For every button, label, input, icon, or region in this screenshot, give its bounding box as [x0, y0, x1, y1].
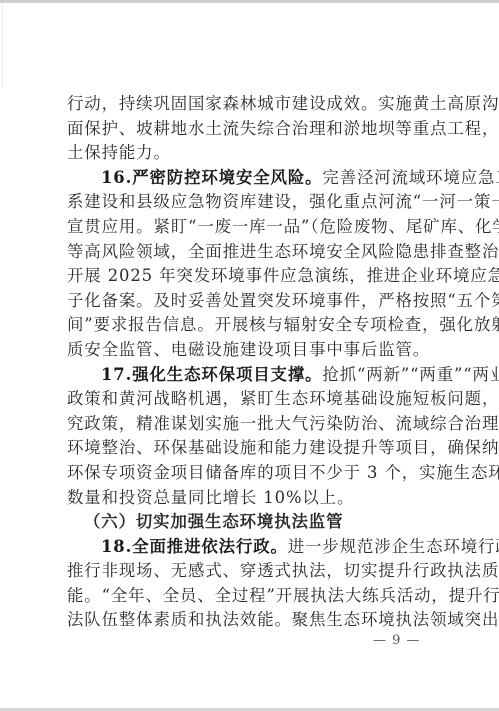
text-line: 面保护、坡耕地水土流失综合治理和淤地坝等重点工程，提升水: [67, 117, 433, 142]
text-line: 子化备案。及时妥善处置突发环境事件，严格按照“五个第一时: [67, 289, 433, 314]
paragraph-17-first-line: 17.强化生态环保项目支撑。抢抓“两新”“两重”“两业”: [67, 363, 433, 388]
item-18-heading: 18.全面推进依法行政。: [101, 537, 288, 556]
left-page-edge: [2, 3, 3, 88]
text-line: 环保专项资金项目储备库的项目不少于 3 个，实施生态环保项目: [67, 461, 433, 486]
section-heading: （六）切实加强生态环境执法监管: [67, 510, 433, 535]
text-line: 法队伍整体素质和执法效能。聚焦生态环境执法领域突出问题，: [67, 608, 433, 633]
document-page-body: 行动，持续巩固国家森林城市建设成效。实施黄土高原沟壑区塬 面保护、坡耕地水土流失…: [67, 92, 433, 633]
text-line: 究政策，精准谋划实施一批大气污染防治、流域综合治理、农村: [67, 412, 433, 437]
item-16-heading: 16.严密防控环境安全风险。: [101, 168, 322, 187]
text-line: 政策和黄河战略机遇，紧盯生态环境基础设施短板问题，深入研: [67, 387, 433, 412]
paragraph-18-first-line: 18.全面推进依法行政。进一步规范涉企生态环境行政检查，: [67, 535, 433, 560]
text-line: 等高风险领域，全面推进生态环境安全风险隐患排查整治，组织: [67, 240, 433, 265]
text-line: 环境整治、环保基础设施和能力建设提升等项目，确保纳入中央: [67, 436, 433, 461]
text-run: 抢抓“两新”“两重”“两业”: [322, 365, 499, 384]
text-line: 系建设和县级应急物资库建设，强化重点河流“一河一策一图”: [67, 190, 433, 215]
page-number: — 9 —: [373, 633, 421, 648]
item-17-heading: 17.强化生态环保项目支撑。: [101, 365, 322, 384]
text-run: 进一步规范涉企生态环境行政检查，: [288, 537, 499, 556]
text-run: 完善泾河流域环境应急工程体: [322, 168, 499, 187]
text-line: 间”要求报告信息。开展核与辐射安全专项检查，强化放射性物: [67, 313, 433, 338]
top-page-edge: [0, 0, 499, 3]
text-line: 质安全监管、电磁设施建设项目事中事后监管。: [67, 338, 433, 363]
text-line: 能。“全年、全员、全过程”开展执法大练兵活动，提升行政执: [67, 584, 433, 609]
text-line: 推行非现场、无感式、穿透式执法，切实提升行政执法质量和效: [67, 559, 433, 584]
text-line: 土保持能力。: [67, 141, 433, 166]
paragraph-16-first-line: 16.严密防控环境安全风险。完善泾河流域环境应急工程体: [67, 166, 433, 191]
text-line: 宣贯应用。紧盯“一废一库一品”（危险废物、尾矿库、化学品）: [67, 215, 433, 240]
text-line: 行动，持续巩固国家森林城市建设成效。实施黄土高原沟壑区塬: [67, 92, 433, 117]
text-line: 开展 2025 年突发环境事件应急演练，推进企业环境应急预案电: [67, 264, 433, 289]
text-line: 数量和投资总量同比增长 10%以上。: [67, 486, 433, 511]
